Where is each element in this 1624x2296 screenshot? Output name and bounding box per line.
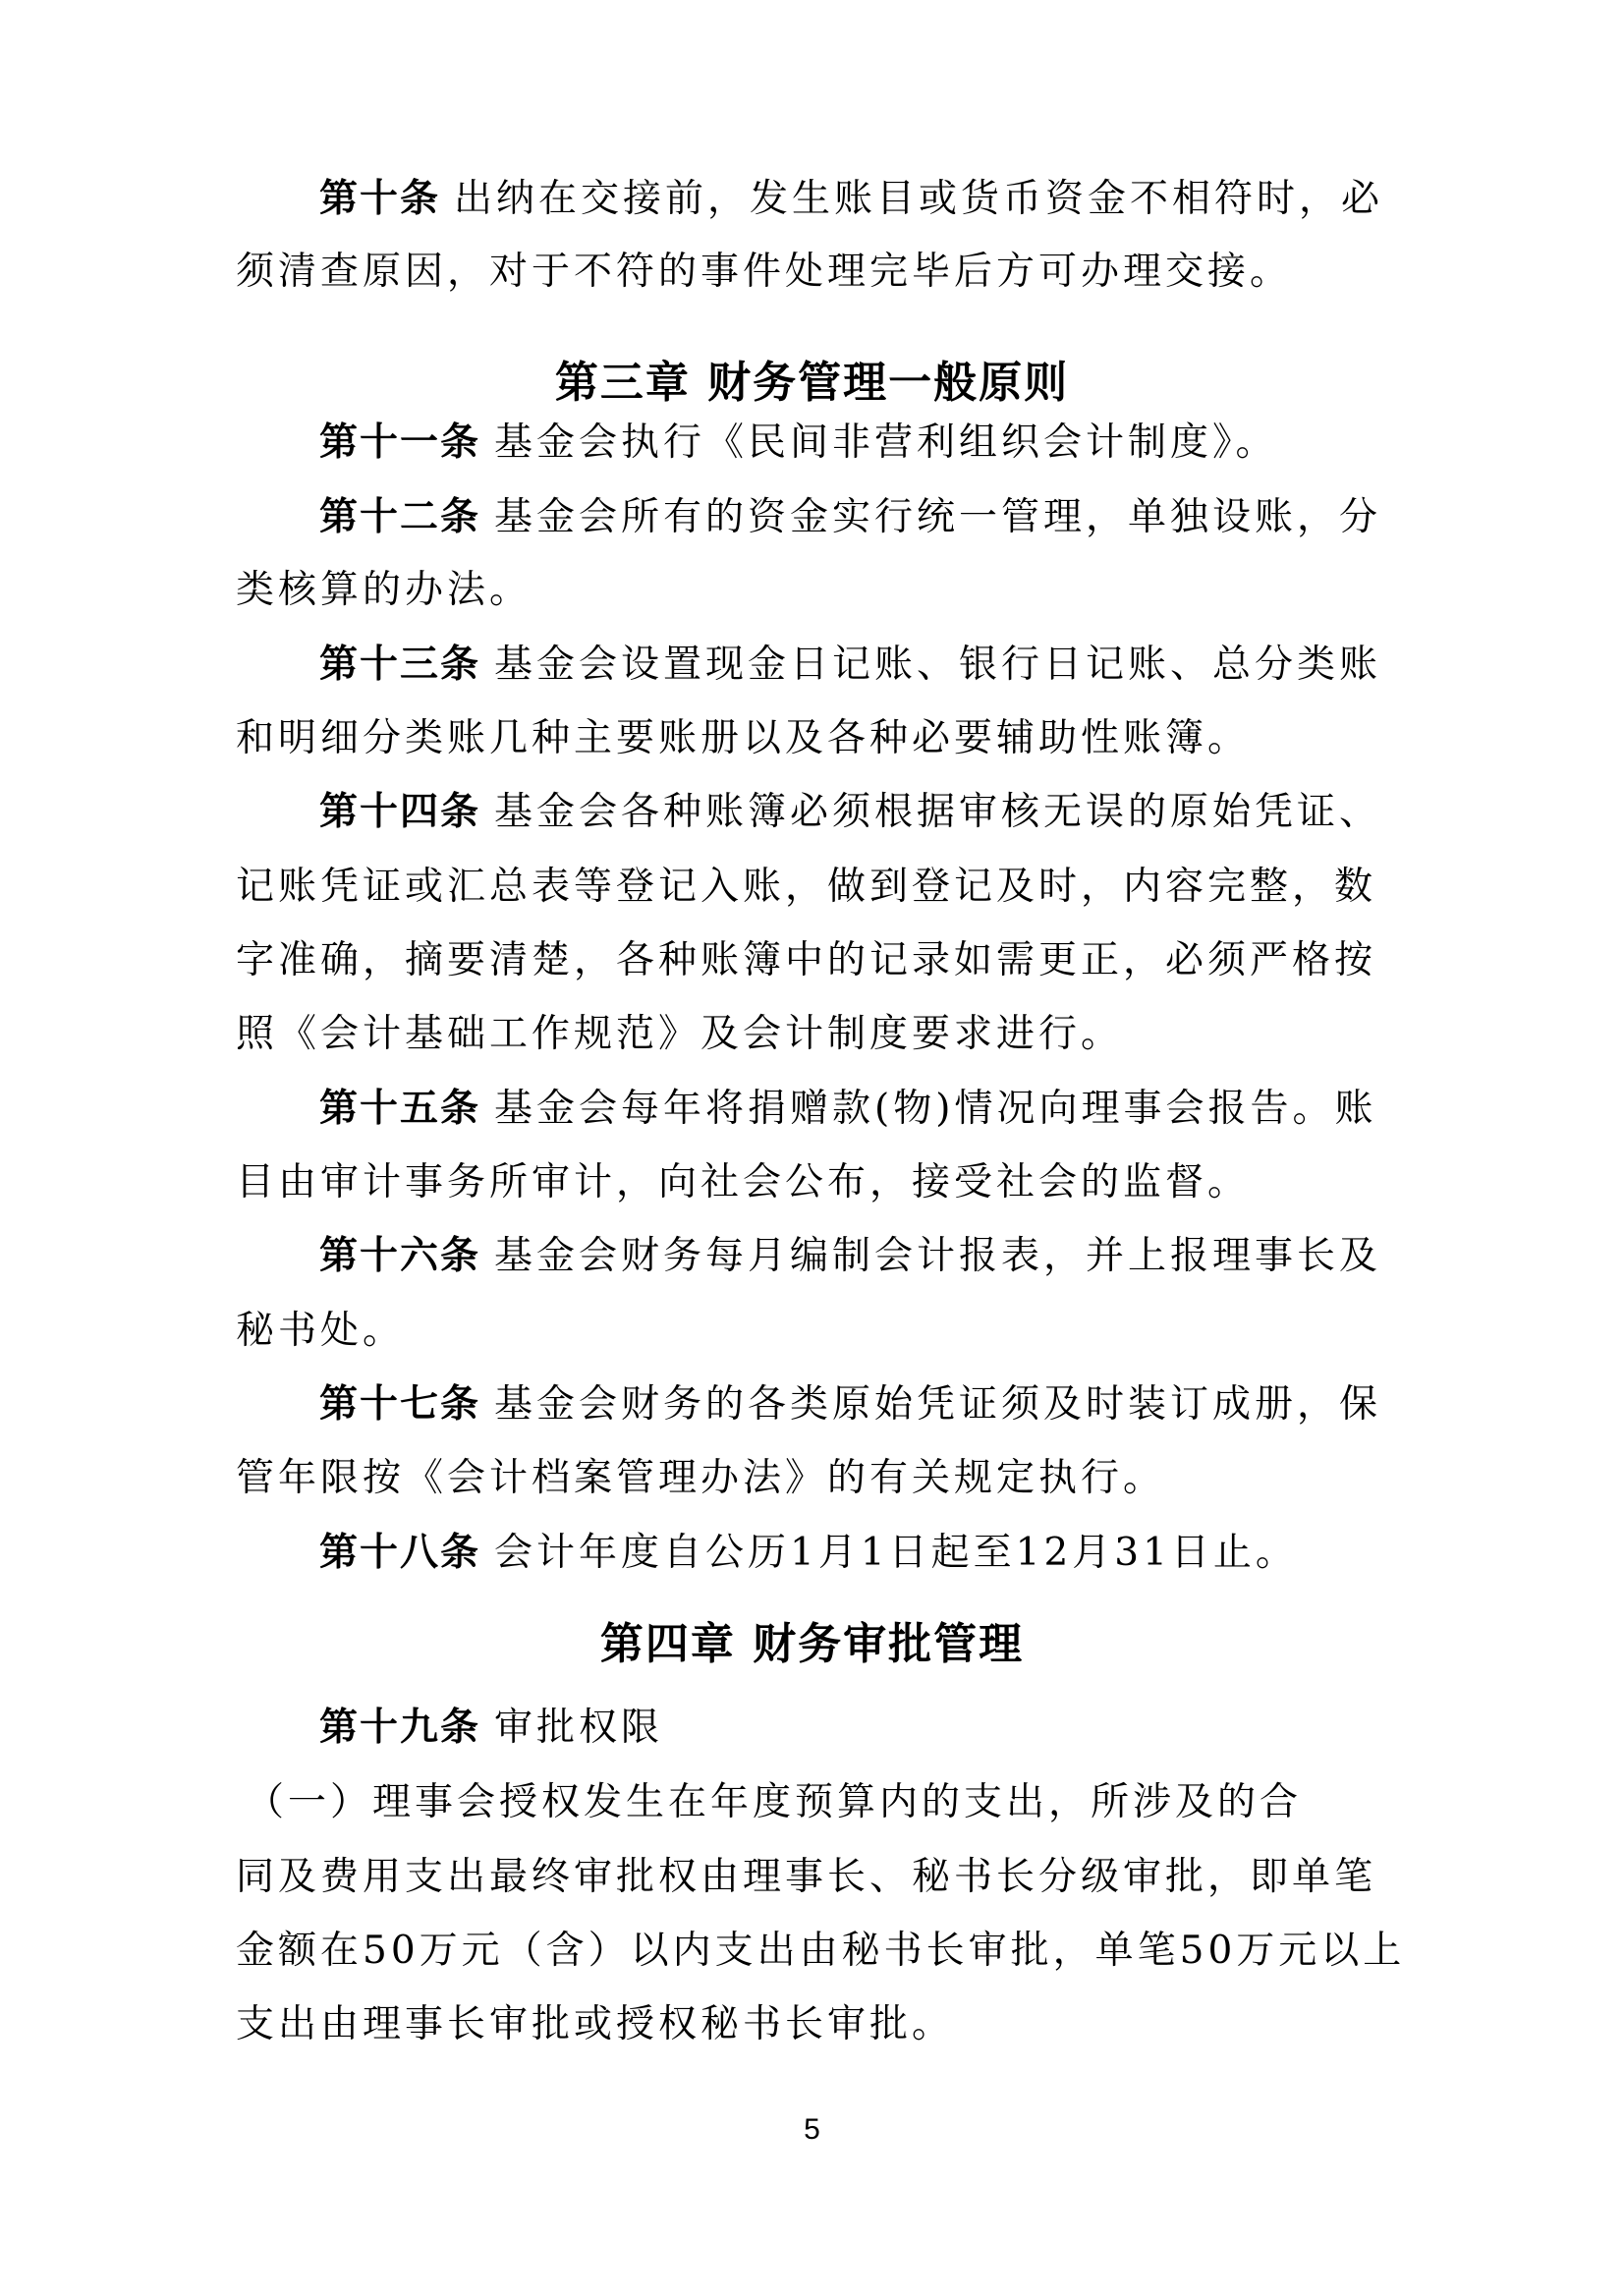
article-11-line-1: 第十一条基金会执行《民间非营利组织会计制度》。 bbox=[319, 419, 1479, 468]
article-14-line-4: 照《会计基础工作规范》及会计制度要求进行。 bbox=[236, 1010, 1395, 1059]
article-label: 第十五条 bbox=[319, 1087, 480, 1131]
article-18-line-1: 第十八条会计年度自公历1月1日起至12月31日止。 bbox=[319, 1529, 1479, 1578]
article-19-line-1: 第十九条审批权限 bbox=[319, 1704, 1479, 1753]
article-label: 第十九条 bbox=[319, 1706, 480, 1750]
article-text: 基金会设置现金日记账、银行日记账、总分类账 bbox=[494, 643, 1381, 687]
article-15-line-2: 目由审计事务所审计，向社会公布，接受社会的监督。 bbox=[236, 1158, 1395, 1207]
article-12-line-2: 类核算的办法。 bbox=[236, 566, 1395, 615]
paragraph-1-line-1: （一）理事会授权发生在年度预算内的支出，所涉及的合 bbox=[246, 1778, 1405, 1827]
article-16-line-1: 第十六条基金会财务每月编制会计报表，并上报理事长及 bbox=[319, 1232, 1479, 1281]
article-text: 基金会财务的各类原始凭证须及时装订成册，保 bbox=[494, 1382, 1381, 1427]
article-17-line-2: 管年限按《会计档案管理办法》的有关规定执行。 bbox=[236, 1454, 1395, 1503]
article-text: 基金会执行《民间非营利组织会计制度》。 bbox=[494, 420, 1278, 465]
article-label: 第十条 bbox=[319, 177, 440, 221]
article-14-line-2: 记账凭证或汇总表等登记入账，做到登记及时，内容完整，数 bbox=[236, 863, 1395, 912]
chapter-heading: 第三章 财务管理一般原则 bbox=[0, 356, 1624, 411]
article-17-line-1: 第十七条基金会财务的各类原始凭证须及时装订成册，保 bbox=[319, 1380, 1479, 1429]
article-label: 第十七条 bbox=[319, 1382, 480, 1427]
article-13-line-1: 第十三条基金会设置现金日记账、银行日记账、总分类账 bbox=[319, 641, 1479, 690]
paragraph-1-line-3: 金额在50万元（含）以内支出由秘书长审批，单笔50万元以上 bbox=[236, 1927, 1395, 1976]
article-text: 会计年度自公历1月1日起至12月31日止。 bbox=[494, 1531, 1298, 1575]
paragraph-1-line-4: 支出由理事长审批或授权秘书长审批。 bbox=[236, 2000, 1395, 2049]
article-10-line-2: 须清查原因，对于不符的事件处理完毕后方可办理交接。 bbox=[236, 248, 1395, 297]
article-10-line-1: 第十条出纳在交接前，发生账目或货币资金不相符时，必 bbox=[319, 175, 1479, 224]
article-text: 基金会所有的资金实行统一管理，单独设账，分 bbox=[494, 495, 1381, 539]
article-label: 第十六条 bbox=[319, 1234, 480, 1278]
article-text: 出纳在交接前，发生账目或货币资金不相符时，必 bbox=[454, 177, 1383, 221]
article-label: 第十八条 bbox=[319, 1531, 480, 1575]
article-16-line-2: 秘书处。 bbox=[236, 1307, 1395, 1356]
article-text: 基金会每年将捐赠款(物)情况向理事会报告。账 bbox=[494, 1087, 1376, 1131]
article-label: 第十二条 bbox=[319, 495, 480, 539]
article-12-line-1: 第十二条基金会所有的资金实行统一管理，单独设账，分 bbox=[319, 493, 1479, 542]
chapter-heading: 第四章 财务审批管理 bbox=[0, 1617, 1624, 1672]
article-15-line-1: 第十五条基金会每年将捐赠款(物)情况向理事会报告。账 bbox=[319, 1085, 1479, 1134]
article-text: 基金会各种账簿必须根据审核无误的原始凭证、 bbox=[494, 790, 1381, 834]
paragraph-1-line-2: 同及费用支出最终审批权由理事长、秘书长分级审批，即单笔 bbox=[236, 1853, 1395, 1902]
article-label: 第十三条 bbox=[319, 643, 480, 687]
article-label: 第十四条 bbox=[319, 790, 480, 834]
document-page: 第十条出纳在交接前，发生账目或货币资金不相符时，必 须清查原因，对于不符的事件处… bbox=[0, 0, 1624, 2296]
article-13-line-2: 和明细分类账几种主要账册以及各种必要辅助性账簿。 bbox=[236, 714, 1395, 763]
article-text: 审批权限 bbox=[494, 1706, 663, 1750]
article-14-line-3: 字准确，摘要清楚，各种账簿中的记录如需更正，必须严格按 bbox=[236, 936, 1395, 985]
article-label: 第十一条 bbox=[319, 420, 480, 465]
article-text: 基金会财务每月编制会计报表，并上报理事长及 bbox=[494, 1234, 1381, 1278]
page-number: 5 bbox=[0, 2112, 1624, 2148]
article-14-line-1: 第十四条基金会各种账簿必须根据审核无误的原始凭证、 bbox=[319, 788, 1479, 837]
